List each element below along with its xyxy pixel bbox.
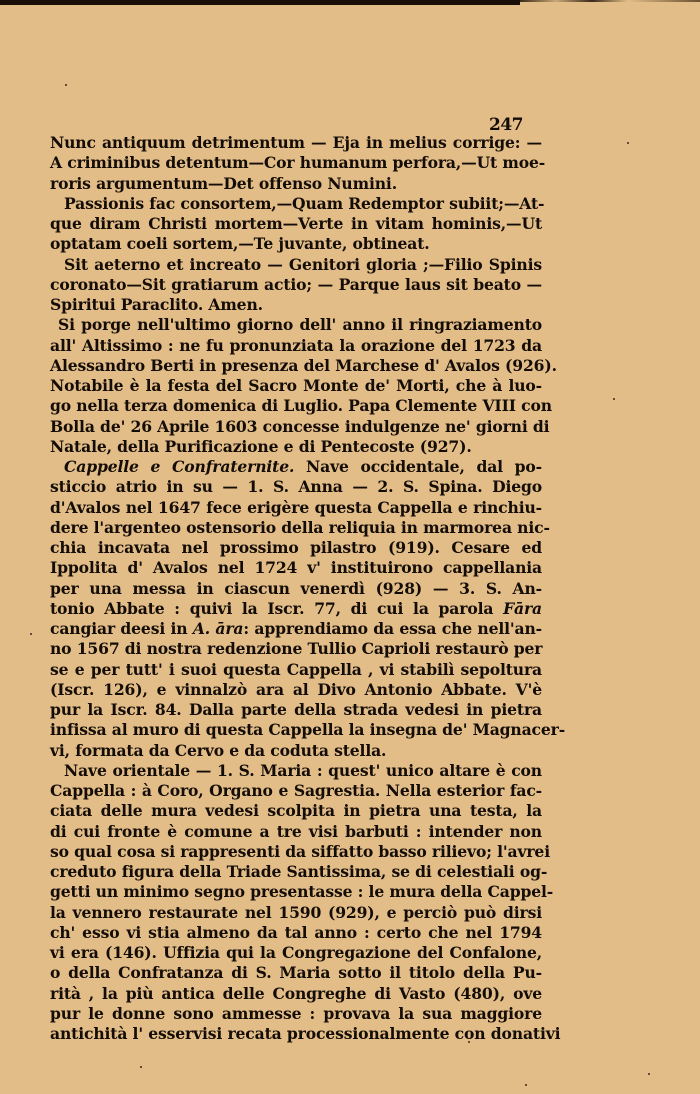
paper-speck	[140, 1066, 142, 1068]
paper-speck	[525, 1084, 527, 1086]
text-span: Nave occidentale, dal po-	[294, 457, 542, 476]
text-line: Spiritui Paraclito. Amen.	[50, 295, 542, 315]
text-line: all' Altissimo : ne fu pronunziata la or…	[50, 336, 542, 356]
text-line: coronato—Sit gratiarum actio; — Parque l…	[50, 275, 542, 295]
text-line: pur la Iscr. 84. Dalla parte della strad…	[50, 700, 542, 720]
text-line: chia incavata nel prossimo pilastro (919…	[50, 538, 542, 558]
text-line: Ippolita d' Avalos nel 1724 v' instituir…	[50, 558, 542, 578]
text-line: infissa al muro di questa Cappella la in…	[50, 720, 542, 740]
text-line: Natale, della Purificazione e di Penteco…	[50, 437, 542, 457]
text-line: que diram Christi mortem—Verte in vitam …	[50, 214, 542, 234]
text-line: Cappella : à Coro, Organo e Sagrestia. N…	[50, 781, 542, 801]
text-line: creduto figura della Triade Santissima, …	[50, 862, 542, 882]
text-span: tonio Abbate : quivi la Iscr. 77, di cui…	[50, 599, 503, 618]
paper-speck	[65, 84, 67, 86]
text-line: pur le donne sono ammesse : provava la s…	[50, 1004, 542, 1024]
text-line: Alessandro Berti in presenza del Marches…	[50, 356, 542, 376]
text-line: o della Confratanza di S. Maria sotto il…	[50, 963, 542, 983]
body-text: Nunc antiquum detrimentum — Eja in meliu…	[50, 133, 542, 1044]
text-line: optatam coeli sortem,—Te juvante, obtine…	[50, 234, 542, 254]
paper-speck	[468, 1041, 470, 1043]
text-line: go nella terza domenica di Luglio. Papa …	[50, 396, 542, 416]
text-line: Sit aeterno et increato — Genitori glori…	[50, 255, 542, 275]
text-line: Notabile è la festa del Sacro Monte de' …	[50, 376, 542, 396]
text-line: tonio Abbate : quivi la Iscr. 77, di cui…	[50, 599, 542, 619]
section-heading-italic: Cappelle e Confraternite.	[64, 457, 294, 476]
paper-speck	[627, 142, 629, 144]
text-line: so qual cosa si rappresenti da siffatto …	[50, 842, 542, 862]
paper-speck	[30, 633, 32, 635]
text-line: roris argumentum—Det offenso Numini.	[50, 174, 542, 194]
text-line: d'Avalos nel 1647 fece erigère questa Ca…	[50, 498, 542, 518]
page-top-edge-smudge	[520, 0, 700, 2]
text-span: : apprendiamo da essa che nell'an-	[243, 619, 542, 638]
text-line: no 1567 di nostra redenzione Tullio Capr…	[50, 639, 542, 659]
text-span: cangiar deesi in	[50, 619, 193, 638]
paper-speck	[648, 1073, 650, 1075]
text-line: Nunc antiquum detrimentum — Eja in meliu…	[50, 133, 542, 153]
text-line: A criminibus detentum—Cor humanum perfor…	[50, 153, 542, 173]
italic-word: A. āra	[193, 619, 244, 638]
text-line: cangiar deesi in A. āra: apprendiamo da …	[50, 619, 542, 639]
text-line: se e per tutt' i suoi questa Cappella , …	[50, 660, 542, 680]
page-top-edge-shadow	[0, 0, 520, 5]
text-line-section-heading: Cappelle e Confraternite. Nave occidenta…	[50, 457, 542, 477]
text-line: vi, formata da Cervo e da coduta stella.	[50, 741, 542, 761]
text-line: Si porge nell'ultimo giorno dell' anno i…	[50, 315, 542, 335]
text-line: per una messa in ciascun venerdì (928) —…	[50, 579, 542, 599]
text-line: la vennero restaurate nel 1590 (929), e …	[50, 903, 542, 923]
text-line: ch' esso vi stia almeno da tal anno : ce…	[50, 923, 542, 943]
text-line: (Iscr. 126), e vinnalzò ara al Divo Anto…	[50, 680, 542, 700]
text-line: sticcio atrio in su — 1. S. Anna — 2. S.…	[50, 477, 542, 497]
text-line: Bolla de' 26 Aprile 1603 concesse indulg…	[50, 417, 542, 437]
text-line: ciata delle mura vedesi scolpita in piet…	[50, 801, 542, 821]
page-number: 247	[489, 115, 523, 135]
text-line: Nave orientale — 1. S. Maria : quest' un…	[50, 761, 542, 781]
paper-speck	[613, 398, 615, 400]
text-line: Passionis fac consortem,—Quam Redemptor …	[50, 194, 542, 214]
italic-word: Fāra	[503, 599, 542, 618]
text-line: getti un minimo segno presentasse : le m…	[50, 882, 542, 902]
text-line: di cui fronte è comune a tre visi barbut…	[50, 822, 542, 842]
text-line: vi era (146). Uffizia qui la Congregazio…	[50, 943, 542, 963]
text-line: rità , la più antica delle Congreghe di …	[50, 984, 542, 1004]
text-line: dere l'argenteo ostensorio della reliqui…	[50, 518, 542, 538]
